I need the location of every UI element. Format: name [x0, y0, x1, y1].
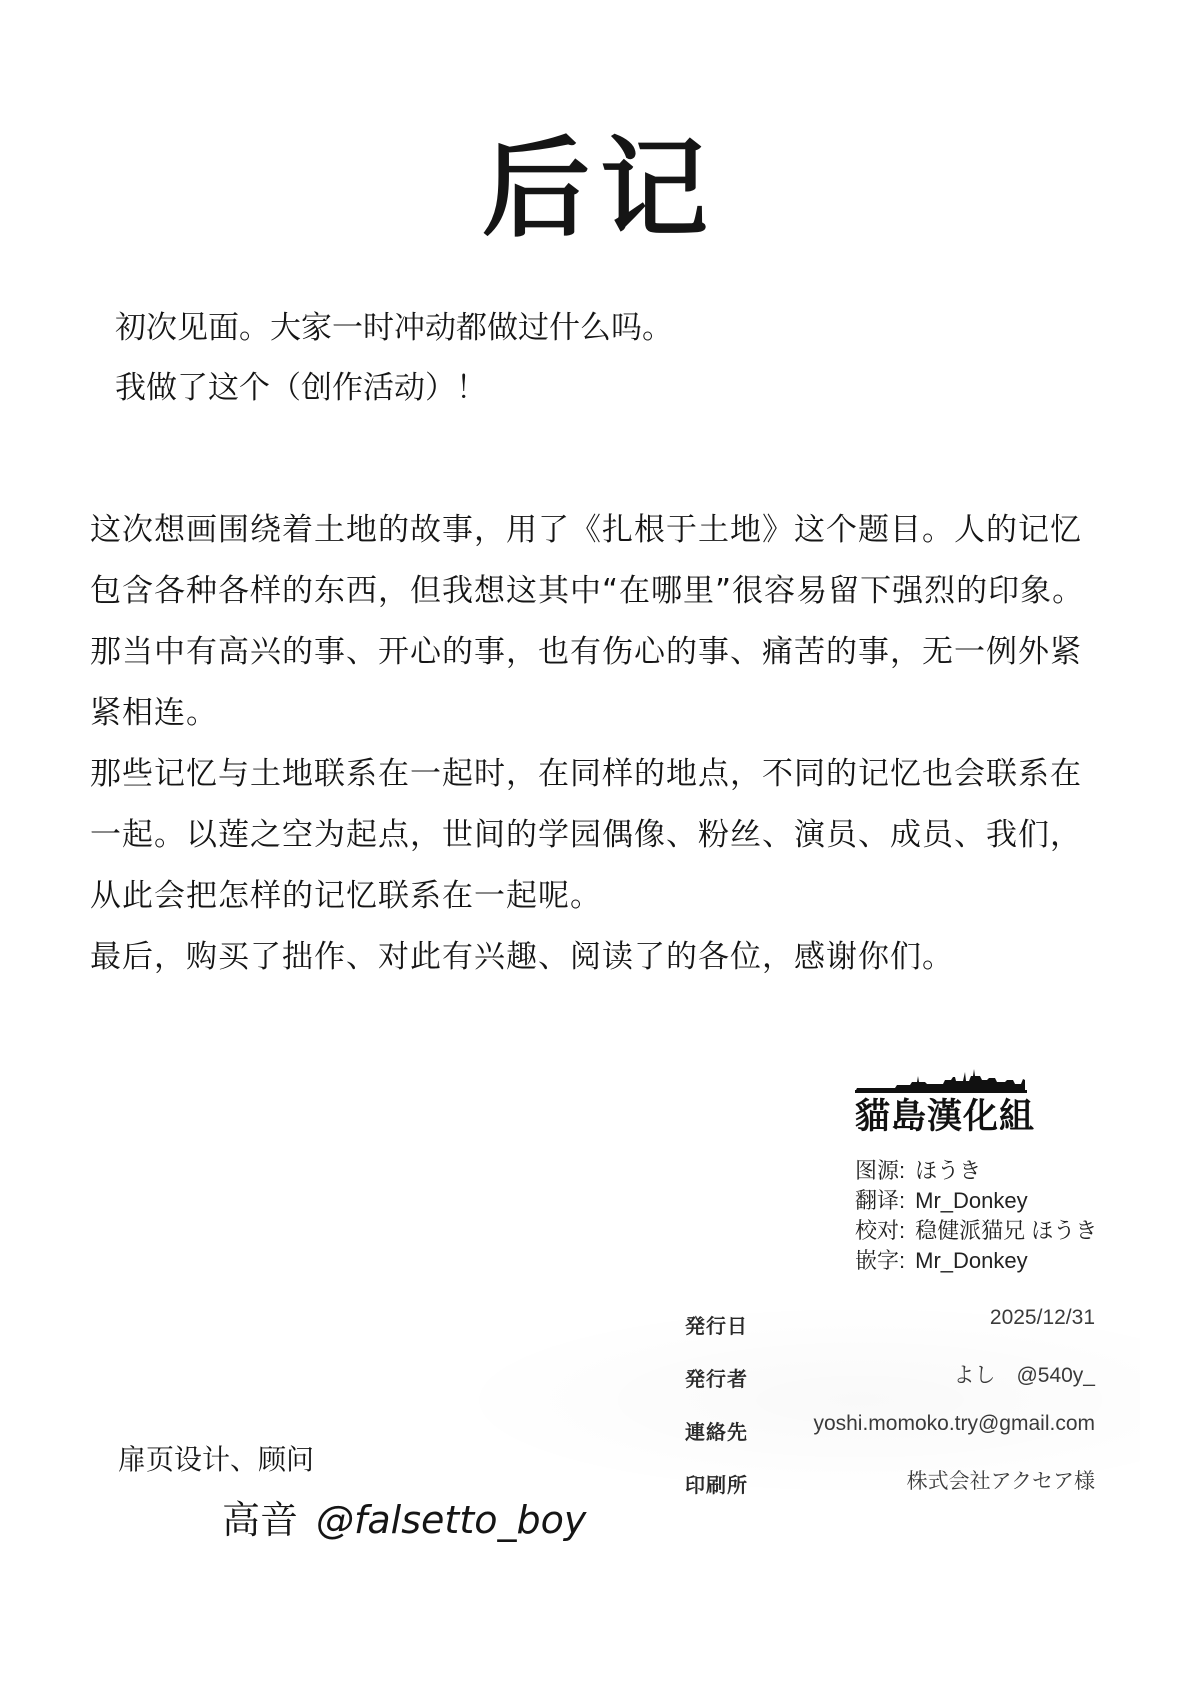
group-name: 貓島漢化組 — [855, 1096, 1035, 1138]
afterword-page: 后记 初次见面。大家一时冲动都做过什么吗。 我做了这个（创作活动）！ 这次想画围… — [0, 0, 1200, 1694]
colophon: 発行日 2025/12/31 発行者 よし @540y_ 連絡先 yoshi.m… — [685, 1300, 1105, 1512]
colophon-row-contact: 連絡先 yoshi.momoko.try@gmail.com — [685, 1406, 1105, 1459]
body-paragraph: 那些记忆与土地联系在一起时，在同样的地点，不同的记忆也会联系在一起。以莲之空为起… — [90, 744, 1110, 927]
colophon-row-printer: 印刷所 株式会社アクセア様 — [685, 1459, 1105, 1512]
translation-credits: 图源:ほうき 翻译:Mr_Donkey 校对:稳健派猫兄 ほうき 嵌字:Mr_D… — [855, 1156, 1097, 1276]
credit-label: 校对: — [855, 1216, 905, 1246]
credit-row: 翻译:Mr_Donkey — [855, 1186, 1097, 1216]
colophon-value: よし @540y_ — [953, 1359, 1095, 1389]
page-title: 后记 — [0, 120, 1200, 260]
designer-handle: @falsetto_boy — [316, 1498, 586, 1542]
cover-designer: 高音@falsetto_boy — [222, 1490, 586, 1550]
credit-value: Mr_Donkey — [915, 1186, 1027, 1216]
greeting-line: 初次见面。大家一时冲动都做过什么吗。 — [115, 298, 673, 358]
greeting-line: 我做了这个（创作活动）！ — [115, 358, 673, 418]
greeting: 初次见面。大家一时冲动都做过什么吗。 我做了这个（创作活动）！ — [115, 298, 673, 418]
colophon-label: 印刷所 — [685, 1469, 748, 1498]
credit-label: 图源: — [855, 1156, 905, 1186]
scanlation-logo: 貓島漢化組 — [855, 1068, 1035, 1138]
colophon-row-publisher: 発行者 よし @540y_ — [685, 1353, 1105, 1406]
colophon-label: 発行日 — [685, 1310, 748, 1339]
colophon-label: 連絡先 — [685, 1416, 748, 1445]
colophon-value: 2025/12/31 — [990, 1306, 1095, 1330]
credit-value: Mr_Donkey — [915, 1246, 1027, 1276]
colophon-row-date: 発行日 2025/12/31 — [685, 1300, 1105, 1353]
credit-row: 校对:稳健派猫兄 ほうき — [855, 1216, 1097, 1246]
credit-value: 稳健派猫兄 ほうき — [915, 1216, 1097, 1246]
afterword-body: 这次想画围绕着土地的故事，用了《扎根于土地》这个题目。人的记忆包含各种各样的东西… — [90, 500, 1110, 988]
designer-name: 高音 — [222, 1498, 298, 1542]
warship-silhouette-icon — [855, 1068, 1035, 1094]
body-paragraph: 最后，购买了拙作、对此有兴趣、阅读了的各位，感谢你们。 — [90, 927, 1110, 988]
credit-row: 嵌字:Mr_Donkey — [855, 1246, 1097, 1276]
body-paragraph: 这次想画围绕着土地的故事，用了《扎根于土地》这个题目。人的记忆包含各种各样的东西… — [90, 500, 1110, 744]
contact-email: yoshi.momoko.try@gmail.com — [813, 1412, 1095, 1436]
colophon-value: 株式会社アクセア様 — [907, 1465, 1095, 1495]
credit-label: 嵌字: — [855, 1246, 905, 1276]
credit-row: 图源:ほうき — [855, 1156, 1097, 1186]
colophon-label: 発行者 — [685, 1363, 748, 1392]
cover-design-label: 扉页设计、顾问 — [118, 1440, 314, 1480]
credit-value: ほうき — [915, 1156, 981, 1186]
credit-label: 翻译: — [855, 1186, 905, 1216]
